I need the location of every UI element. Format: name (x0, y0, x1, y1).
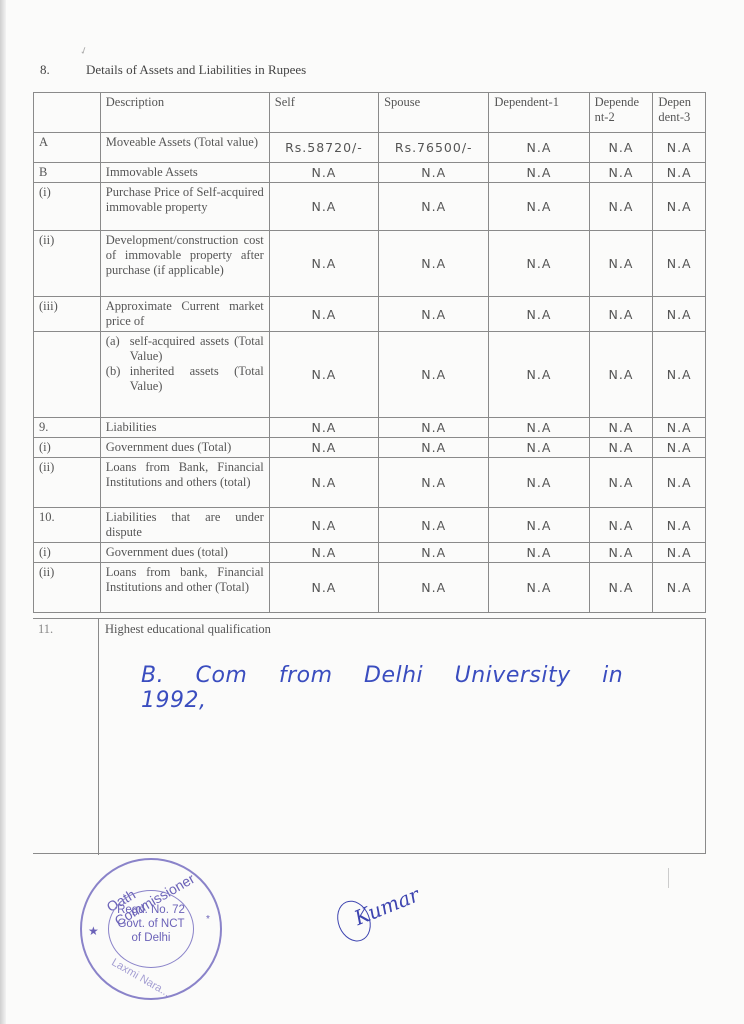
header-description: Description (100, 93, 269, 133)
handwritten-value: N.A (269, 297, 378, 332)
signature-text: Kumar (351, 882, 423, 930)
table-row: (i)Government dues (Total)N.AN.AN.AN.AN.… (34, 438, 706, 458)
section-11-number: 11. (33, 619, 99, 855)
table-row: 9.LiabilitiesN.AN.AN.AN.AN.A (34, 418, 706, 438)
section-11-label: Highest educational qualification (105, 622, 271, 637)
education-answer: B. Com from Delhi University in 1992, (141, 663, 705, 713)
handwritten-value: N.A (269, 508, 378, 543)
row-description: Moveable Assets (Total value) (100, 133, 269, 163)
row-code: (i) (34, 543, 101, 563)
handwritten-value: Rs.76500/- (379, 133, 489, 163)
row-code: A (34, 133, 101, 163)
star-icon: ★ (88, 924, 99, 938)
row-description: Purchase Price of Self-acquired immovabl… (100, 183, 269, 231)
handwritten-value: N.A (589, 133, 653, 163)
handwritten-value: N.A (379, 163, 489, 183)
handwritten-value: N.A (489, 163, 589, 183)
handwritten-value: N.A (379, 508, 489, 543)
section-11-box: 11. Highest educational qualification B.… (33, 618, 706, 854)
sub-item: (a)self-acquired assets (Total Value) (106, 334, 264, 364)
handwritten-value: N.A (589, 231, 653, 297)
handwritten-value: N.A (489, 332, 589, 418)
handwritten-value: N.A (379, 332, 489, 418)
row-description: Approximate Current market price of (100, 297, 269, 332)
handwritten-value: N.A (589, 297, 653, 332)
row-description: Immovable Assets (100, 163, 269, 183)
handwritten-value: N.A (653, 183, 706, 231)
handwritten-value: N.A (489, 183, 589, 231)
handwritten-value: N.A (379, 458, 489, 508)
row-code (34, 332, 101, 418)
handwritten-value: N.A (589, 458, 653, 508)
table-row: BImmovable AssetsN.AN.AN.AN.AN.A (34, 163, 706, 183)
handwritten-value: N.A (379, 543, 489, 563)
handwritten-value: N.A (589, 418, 653, 438)
row-description: Development/construction cost of immovab… (100, 231, 269, 297)
handwritten-value: N.A (269, 332, 378, 418)
header-dependent-3: Depen dent-3 (653, 93, 706, 133)
handwritten-value: N.A (489, 458, 589, 508)
signature: Kumar (331, 875, 426, 946)
assets-liabilities-table: Description Self Spouse Dependent-1 Depe… (33, 92, 706, 613)
handwritten-value: N.A (489, 438, 589, 458)
handwritten-value: N.A (379, 183, 489, 231)
section-title: Details of Assets and Liabilities in Rup… (86, 62, 306, 77)
handwritten-value: Rs.58720/- (269, 133, 378, 163)
handwritten-value: N.A (489, 508, 589, 543)
table-row: (ii)Development/construction cost of imm… (34, 231, 706, 297)
handwritten-value: N.A (653, 508, 706, 543)
handwritten-value: N.A (269, 438, 378, 458)
handwritten-value: N.A (379, 563, 489, 613)
handwritten-value: N.A (489, 297, 589, 332)
row-code: (i) (34, 183, 101, 231)
table-row: (i)Government dues (total)N.AN.AN.AN.AN.… (34, 543, 706, 563)
handwritten-value: N.A (589, 543, 653, 563)
handwritten-value: N.A (653, 231, 706, 297)
row-code: (ii) (34, 458, 101, 508)
handwritten-value: N.A (653, 297, 706, 332)
sub-item-label: (b) (106, 364, 130, 394)
handwritten-value: N.A (653, 163, 706, 183)
handwritten-value: N.A (489, 563, 589, 613)
handwritten-value: N.A (653, 332, 706, 418)
handwritten-value: N.A (379, 438, 489, 458)
row-description: Liabilities that are under dispute (100, 508, 269, 543)
handwritten-value: N.A (489, 231, 589, 297)
stamp-line-3: of Delhi (109, 931, 193, 945)
handwritten-value: N.A (269, 231, 378, 297)
handwritten-value: N.A (379, 418, 489, 438)
handwritten-value: N.A (653, 133, 706, 163)
table-row: AMoveable Assets (Total value)Rs.58720/-… (34, 133, 706, 163)
star-icon: * (206, 914, 210, 925)
pen-mark: ✓ (78, 45, 90, 58)
handwritten-value: N.A (379, 297, 489, 332)
table-row: (ii)Loans from bank, Financial Instituti… (34, 563, 706, 613)
handwritten-value: N.A (653, 458, 706, 508)
scan-mark (668, 868, 669, 888)
row-code: 9. (34, 418, 101, 438)
handwritten-value: N.A (269, 163, 378, 183)
row-code: (ii) (34, 231, 101, 297)
row-code: (ii) (34, 563, 101, 613)
sub-item-text: self-acquired assets (Total Value) (130, 334, 264, 364)
handwritten-value: N.A (269, 458, 378, 508)
oath-commissioner-stamp: Oath Commissioner ★ * Laxmi Nara... Regd… (80, 858, 222, 1000)
handwritten-value: N.A (269, 563, 378, 613)
handwritten-value: N.A (653, 563, 706, 613)
stamp-line-2: Govt. of NCT (109, 917, 193, 931)
row-description: (a)self-acquired assets (Total Value)(b)… (100, 332, 269, 418)
row-description: Government dues (Total) (100, 438, 269, 458)
section-8-heading: 8.Details of Assets and Liabilities in R… (40, 62, 306, 78)
handwritten-value: N.A (653, 543, 706, 563)
row-code: 10. (34, 508, 101, 543)
handwritten-value: N.A (653, 438, 706, 458)
row-code: (i) (34, 438, 101, 458)
table-row: (i)Purchase Price of Self-acquired immov… (34, 183, 706, 231)
header-self: Self (269, 93, 378, 133)
table-row: (a)self-acquired assets (Total Value)(b)… (34, 332, 706, 418)
header-code (34, 93, 101, 133)
handwritten-value: N.A (269, 418, 378, 438)
stamp-line-1: Regd. No. 72 (109, 903, 193, 917)
row-description: Loans from bank, Financial Institutions … (100, 563, 269, 613)
header-dependent-1: Dependent-1 (489, 93, 589, 133)
handwritten-value: N.A (589, 332, 653, 418)
table-row: (iii)Approximate Current market price of… (34, 297, 706, 332)
handwritten-value: N.A (489, 418, 589, 438)
scan-edge (0, 0, 6, 1024)
handwritten-value: N.A (589, 438, 653, 458)
sub-item-text: inherited assets (Total Value) (130, 364, 264, 394)
handwritten-value: N.A (653, 418, 706, 438)
table-row: 10.Liabilities that are under disputeN.A… (34, 508, 706, 543)
table-header-row: Description Self Spouse Dependent-1 Depe… (34, 93, 706, 133)
handwritten-value: N.A (489, 543, 589, 563)
handwritten-value: N.A (589, 183, 653, 231)
handwritten-value: N.A (589, 563, 653, 613)
header-spouse: Spouse (379, 93, 489, 133)
row-code: (iii) (34, 297, 101, 332)
section-number: 8. (40, 62, 86, 78)
handwritten-value: N.A (269, 543, 378, 563)
handwritten-value: N.A (589, 508, 653, 543)
row-description: Liabilities (100, 418, 269, 438)
stamp-center: Regd. No. 72 Govt. of NCT of Delhi (108, 890, 194, 968)
sub-item: (b)inherited assets (Total Value) (106, 364, 264, 394)
handwritten-value: N.A (269, 183, 378, 231)
row-code: B (34, 163, 101, 183)
row-description: Loans from Bank, Financial Institutions … (100, 458, 269, 508)
handwritten-value: N.A (489, 133, 589, 163)
header-dependent-2: Depende nt-2 (589, 93, 653, 133)
handwritten-value: N.A (379, 231, 489, 297)
row-description: Government dues (total) (100, 543, 269, 563)
table-row: (ii)Loans from Bank, Financial Instituti… (34, 458, 706, 508)
handwritten-value: N.A (589, 163, 653, 183)
sub-item-label: (a) (106, 334, 130, 364)
